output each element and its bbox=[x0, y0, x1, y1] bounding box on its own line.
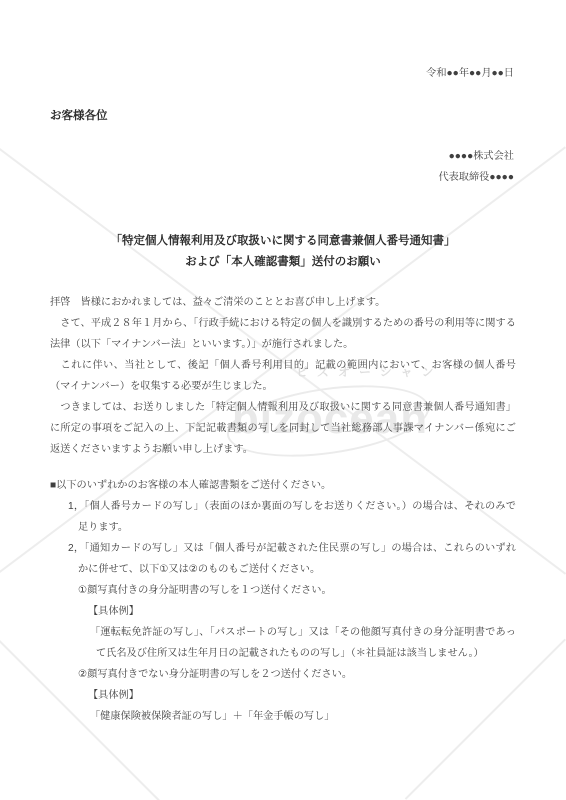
identity-documents-checklist: ■以下のいずれかのお客様の本人確認書類をご送付ください。 1，「個人番号カードの… bbox=[50, 475, 516, 727]
document-page: ビズオーシャン bizocean 令和●●年●●月●●日 お客様各位 ●●●●株… bbox=[0, 0, 566, 800]
checklist-subitem-1: ①顔写真付きの身分証明書の写しを１つ送付ください。 bbox=[78, 580, 516, 601]
title-line-2: および「本人確認書類」送付のお願い bbox=[50, 252, 516, 273]
checklist-item-1: 1，「個人番号カードの写し」（表面のほか裏面の写しをお送りください。）の場合は、… bbox=[78, 496, 516, 538]
example-text-2: 「健康保険被保険者証の写し」＋「年金手帳の写し」 bbox=[96, 706, 516, 727]
document-date: 令和●●年●●月●●日 bbox=[50, 63, 516, 84]
paragraph-collection-need: これに伴い、当社として、後記「個人番号利用目的」記載の範囲内において、お客様の個… bbox=[50, 355, 516, 397]
recipient-line: お客様各位 bbox=[50, 106, 516, 127]
title-line-1: 「特定個人情報利用及び取扱いに関する同意書兼個人番号通知書」 bbox=[50, 231, 516, 252]
example-label-1: 【具体例】 bbox=[88, 601, 516, 622]
checklist-heading: ■以下のいずれかのお客様の本人確認書類をご送付ください。 bbox=[50, 475, 516, 496]
checklist-subitem-2: ②顔写真付きでない身分証明書の写しを２つ送付ください。 bbox=[78, 664, 516, 685]
paragraph-request: つきましては、お送りしました「特定個人情報利用及び取扱いに関する同意書兼個人番号… bbox=[50, 397, 516, 460]
body-text: 拝啓 皆様におかれましては、益々ご清栄のこととお喜び申し上げます。 さて、平成２… bbox=[50, 292, 516, 460]
paragraph-greeting: 拝啓 皆様におかれましては、益々ご清栄のこととお喜び申し上げます。 bbox=[50, 292, 516, 313]
document-title: 「特定個人情報利用及び取扱いに関する同意書兼個人番号通知書」 および「本人確認書… bbox=[50, 231, 516, 273]
example-text-1: 「運転転免許証の写し」、「パスポートの写し」又は「その他顔写真付きの身分証明書で… bbox=[96, 622, 516, 664]
paragraph-law-background: さて、平成２８年１月から、「行政手続における特定の個人を識別するための番号の利用… bbox=[50, 313, 516, 355]
sender-company: ●●●●株式会社 bbox=[50, 146, 514, 167]
example-label-2: 【具体例】 bbox=[88, 685, 516, 706]
sender-representative: 代表取締役●●●● bbox=[50, 167, 514, 188]
checklist-item-2: 2，「通知カードの写し」又は「個人番号が記載された住民票の写し」の場合は、これら… bbox=[78, 538, 516, 580]
sender-block: ●●●●株式会社 代表取締役●●●● bbox=[50, 146, 516, 188]
document-content: 令和●●年●●月●●日 お客様各位 ●●●●株式会社 代表取締役●●●● 「特定… bbox=[50, 0, 516, 727]
